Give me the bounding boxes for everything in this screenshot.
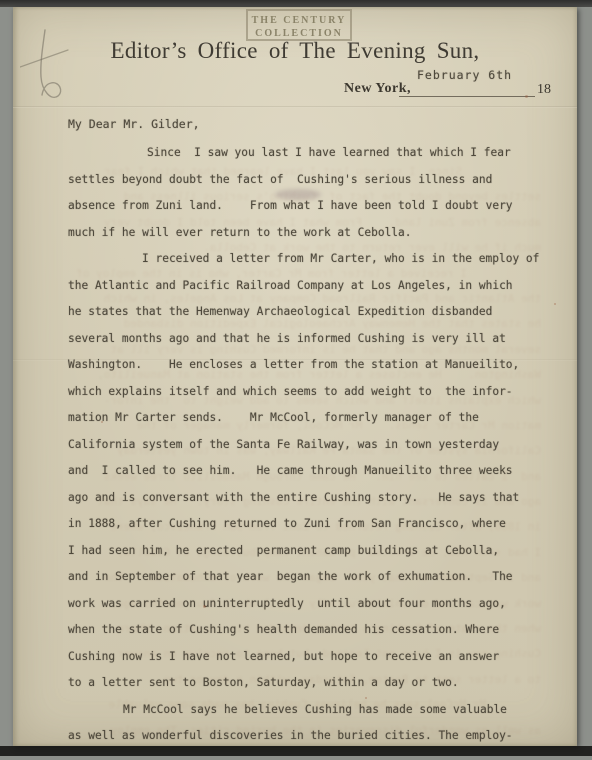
salutation: My Dear Mr. Gilder,: [68, 117, 200, 131]
typed-line: California system of the Santa Fe Railwa…: [68, 432, 536, 459]
city-label: New York,: [344, 81, 411, 97]
typed-line: Mr McCool says he believes Cushing has m…: [68, 697, 536, 724]
paper-speck: [554, 303, 556, 305]
pencil-check-mark: [20, 21, 110, 116]
typed-line: work was carried on uninterruptedly unti…: [68, 591, 536, 618]
typed-line: I had seen him, he erected permanent cam…: [68, 538, 536, 565]
typed-line: as well as wonderful discoveries in the …: [68, 723, 536, 750]
paper-speck: [525, 95, 528, 98]
typed-line: Washington. He encloses a letter from th…: [68, 352, 536, 379]
scan-top-edge: [0, 0, 592, 7]
typed-line: when the state of Cushing's health deman…: [68, 617, 536, 644]
typed-line: in 1888, after Cushing returned to Zuni …: [68, 511, 536, 538]
typed-line: several months ago and that he is inform…: [68, 326, 536, 353]
typed-line: which explains itself and which seems to…: [68, 379, 536, 406]
typed-line: to a letter sent to Boston, Saturday, wi…: [68, 670, 536, 697]
typed-line: Since I saw you last I have learned that…: [68, 140, 536, 167]
typed-line: the Atlantic and Pacific Railroad Compan…: [68, 273, 536, 300]
paper-speck: [203, 605, 206, 608]
collection-stamp: THE CENTURY COLLECTION: [246, 9, 352, 41]
typed-line: Cushing now is I have not learned, but h…: [68, 644, 536, 671]
year-prefix: 18: [537, 82, 551, 98]
typed-line: much if he will ever return to the work …: [68, 220, 536, 247]
letter-page: Since I saw you last I have learned that…: [13, 7, 577, 746]
typed-line: and in September of that year began the …: [68, 564, 536, 591]
paper-speck: [365, 697, 367, 699]
typed-date: February 6th: [417, 68, 512, 82]
typed-line: and I called to see him. He came through…: [68, 458, 536, 485]
typed-line: I received a letter from Mr Carter, who …: [68, 246, 536, 273]
paper-speck: [101, 421, 103, 423]
typed-line: he states that the Hemenway Archaeologic…: [68, 299, 536, 326]
typed-line: mation Mr Carter sends. Mr McCool, forme…: [68, 405, 536, 432]
typed-line: ago and is conversant with the entire Cu…: [68, 485, 536, 512]
date-blank-rule: [399, 96, 535, 97]
letter-scan: Since I saw you last I have learned that…: [0, 0, 592, 760]
typed-lines: Since I saw you last I have learned that…: [68, 140, 536, 750]
ink-smudge: [275, 189, 321, 200]
stamp-line-1: THE CENTURY: [248, 14, 350, 27]
